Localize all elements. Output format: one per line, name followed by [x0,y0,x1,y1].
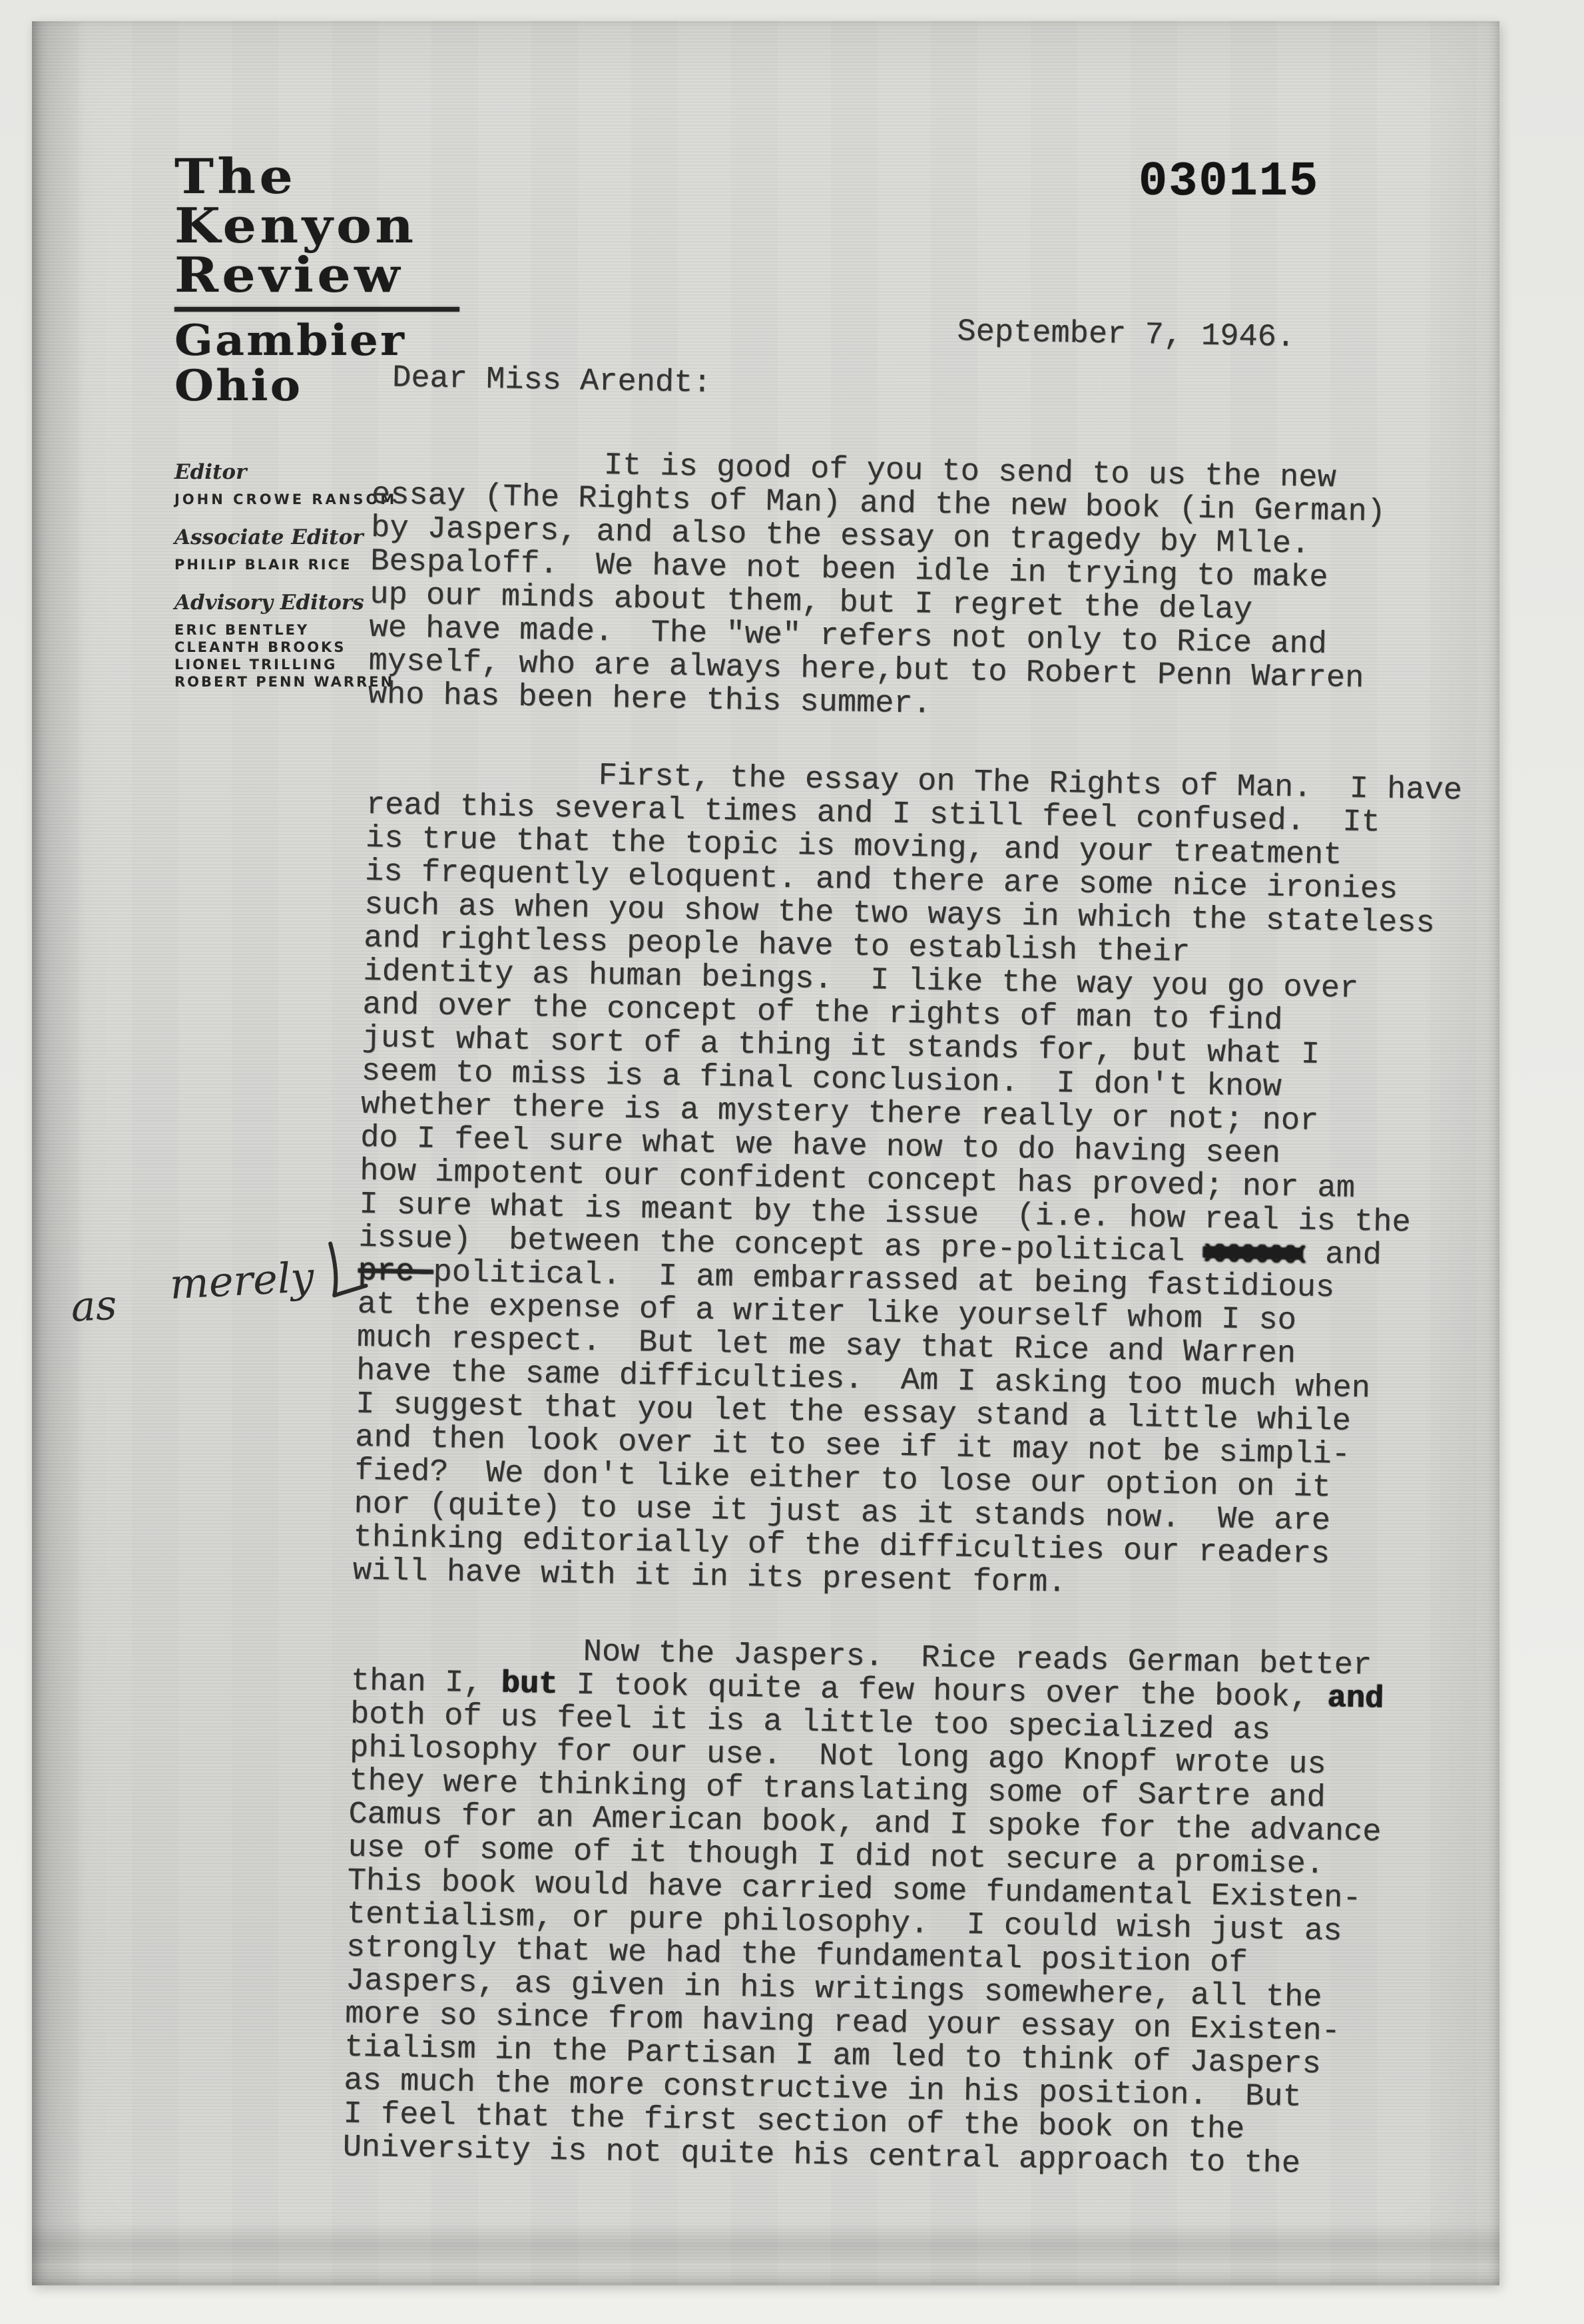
handwritten-annotation: as merely [68,1237,379,1353]
letter-date: September 7, 1946. [957,314,1296,356]
letterhead-title-line: Kenyon [174,201,417,250]
typed-letter-layer: September 7, 1946. Dear Miss Arendt: It … [375,304,1573,325]
letterhead-title: TheKenyonReview [174,152,417,300]
overstruck-word: but [501,1667,558,1703]
text-segment: than I, [350,1664,501,1702]
scanned-letter-page: TheKenyonReview GambierOhio EditorJOHN C… [32,21,1499,2285]
text-segment: and [1306,1237,1382,1274]
stamp-number: 030115 [1139,154,1319,209]
letterhead-rule [174,307,459,312]
letter-salutation: Dear Miss Arendt: [392,360,712,401]
letterhead-title-line: Review [174,250,417,300]
struck-out-word: xxxxxxx [1203,1235,1302,1273]
paragraph: It is good of you to send to us the newe… [368,445,1467,731]
paragraph: First, the essay on The Rights of Man. I… [352,756,1462,1607]
letterhead-location-line: Gambier [174,318,406,364]
annotation-word: as [70,1280,119,1330]
letter-body: It is good of you to send to us the newe… [342,445,1467,2227]
letterhead-location-line: Ohio [174,364,406,409]
letterhead-location: GambierOhio [174,318,406,409]
overstruck-word: and [1327,1681,1384,1717]
letterhead-title-line: The [174,152,417,201]
annotation-arrow-icon [316,1237,373,1313]
paragraph: Now the Jaspers. Rice reads German bette… [342,1632,1447,2184]
annotation-word: merely [168,1253,315,1308]
